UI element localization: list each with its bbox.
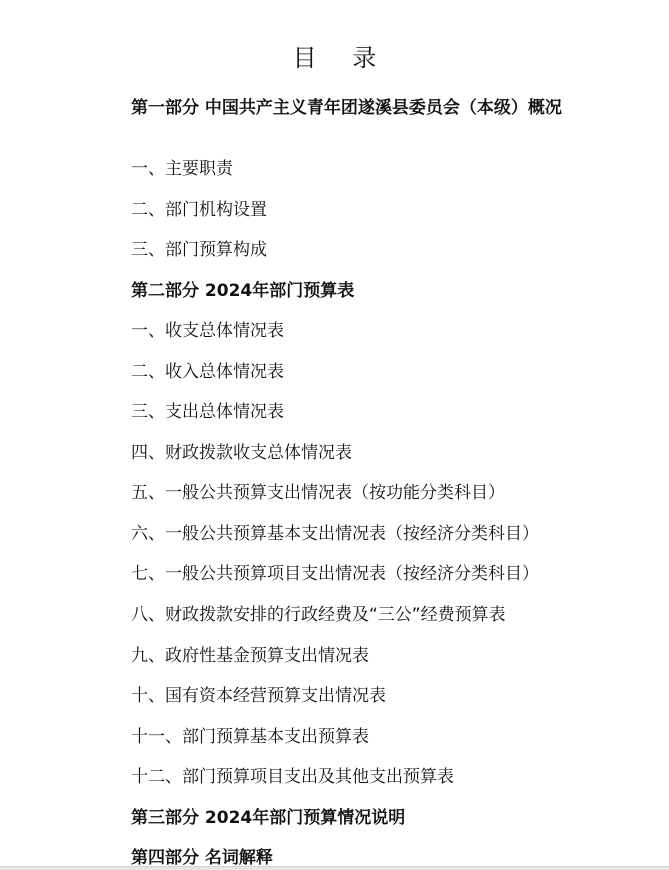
- toc-item[interactable]: 五、一般公共预算支出情况表（按功能分类科目）: [131, 482, 505, 504]
- toc-item[interactable]: 七、一般公共预算项目支出情况表（按经济分类科目）: [131, 563, 539, 585]
- toc-item[interactable]: 十一、部门预算基本支出预算表: [131, 726, 369, 748]
- toc-item[interactable]: 二、收入总体情况表: [131, 361, 284, 383]
- toc-item[interactable]: 八、财政拨款安排的行政经费及“三公”经费预算表: [131, 604, 506, 626]
- toc-item[interactable]: 一、主要职责: [131, 158, 233, 180]
- toc-item[interactable]: 六、一般公共预算基本支出情况表（按经济分类科目）: [131, 523, 539, 545]
- toc-item[interactable]: 一、收支总体情况表: [131, 320, 284, 342]
- toc-part-heading[interactable]: 第三部分 2024年部门预算情况说明: [131, 807, 405, 829]
- toc-item[interactable]: 三、部门预算构成: [131, 239, 267, 261]
- document-page: 目 录 第一部分 中国共产主义青年团遂溪县委员会（本级）概况 一、主要职责二、部…: [0, 0, 669, 866]
- bottom-scroll-edge: [0, 866, 669, 870]
- toc-title: 目 录: [0, 38, 669, 73]
- toc-item[interactable]: 四、财政拨款收支总体情况表: [131, 442, 352, 464]
- toc-item[interactable]: 十二、部门预算项目支出及其他支出预算表: [131, 766, 454, 788]
- toc-part-heading[interactable]: 第二部分 2024年部门预算表: [131, 280, 354, 302]
- toc-item[interactable]: 九、政府性基金预算支出情况表: [131, 645, 369, 667]
- toc-item[interactable]: 二、部门机构设置: [131, 199, 267, 221]
- toc-item[interactable]: 三、支出总体情况表: [131, 401, 284, 423]
- toc-item[interactable]: 十、国有资本经营预算支出情况表: [131, 685, 386, 707]
- toc-part-1[interactable]: 第一部分 中国共产主义青年团遂溪县委员会（本级）概况: [95, 97, 590, 119]
